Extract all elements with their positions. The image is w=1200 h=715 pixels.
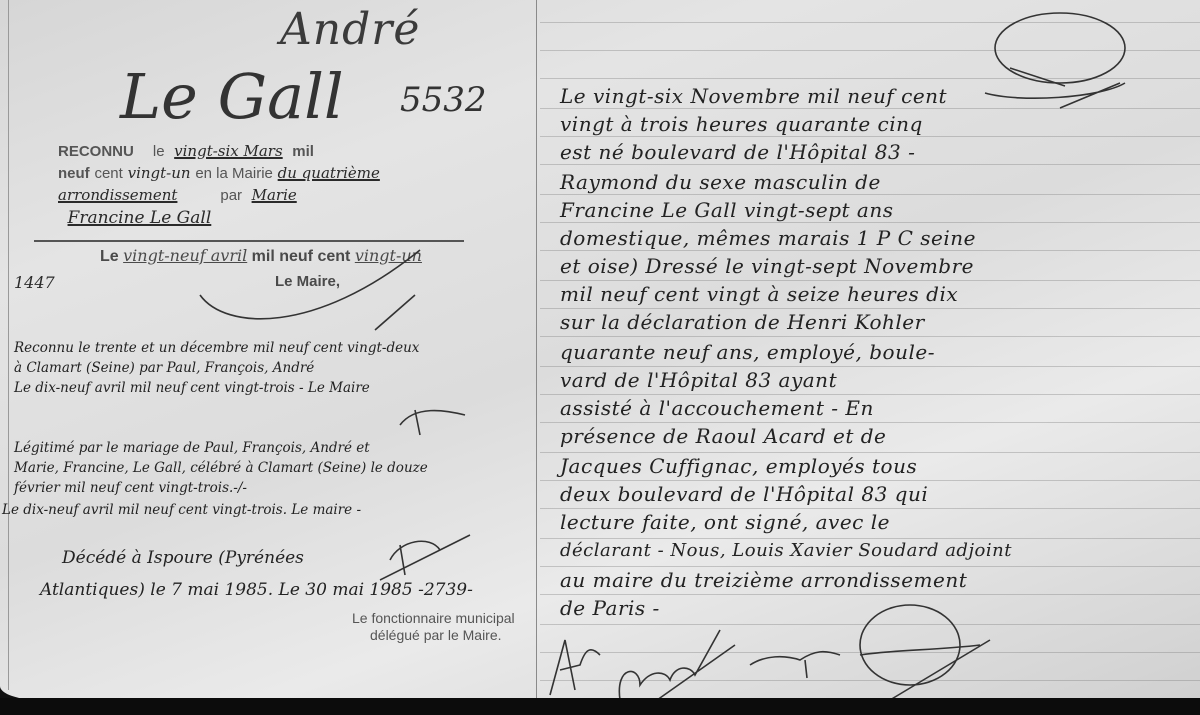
ruled-line <box>540 250 1200 251</box>
signature-cuffignac-icon <box>745 640 845 680</box>
register-page: André Le Gall 5532 RECONNU le vingt-six … <box>0 0 1200 700</box>
mayor-signature-icon <box>195 290 435 340</box>
ruled-line <box>540 594 1200 595</box>
ruled-line <box>540 394 1200 395</box>
legitimation-note-line: Le dix-neuf avril mil neuf cent vingt-tr… <box>2 502 361 518</box>
ruled-line <box>540 222 1200 223</box>
recognition-date-stamp: Le vingt-neuf avril mil neuf cent vingt-… <box>100 246 422 266</box>
act-line: est né boulevard de l'Hôpital 83 - <box>560 140 915 164</box>
margin-number: 1447 <box>14 273 55 292</box>
register-number: 5532 <box>400 80 487 120</box>
signature-acard-icon <box>610 625 740 705</box>
mayor-signature-icon <box>395 405 475 435</box>
act-line: lecture faite, ont signé, avec le <box>560 510 890 534</box>
legitimation-note-line: février mil neuf cent vingt-trois.-/- <box>14 480 247 496</box>
ruled-line <box>540 452 1200 453</box>
act-line: deux boulevard de l'Hôpital 83 qui <box>560 482 928 506</box>
recognition-line: neuf cent vingt-un en la Mairie du quatr… <box>58 164 478 186</box>
act-line: et oise) Dressé le vingt-sept Novembre <box>560 254 974 278</box>
maire-title-stamp: Le Maire, <box>275 273 340 290</box>
act-line: assisté à l'accouchement - En <box>560 396 874 420</box>
official-stamp-line: délégué par le Maire. <box>370 627 502 643</box>
ruled-line <box>540 336 1200 337</box>
act-line: déclarant - Nous, Louis Xavier Soudard a… <box>560 540 1012 561</box>
official-signature-icon <box>370 530 480 590</box>
recognition-note-line: à Clamart (Seine) par Paul, François, An… <box>14 360 314 376</box>
ruled-line <box>540 538 1200 539</box>
act-line: Le vingt-six Novembre mil neuf cent <box>560 84 947 108</box>
signature-kohler-icon <box>545 630 605 700</box>
act-line: quarante neuf ans, employé, boule- <box>560 340 935 364</box>
act-line: au maire du treizième arrondissement <box>560 568 967 592</box>
signature-soudard-icon <box>850 600 1000 705</box>
ruled-line <box>540 308 1200 309</box>
ruled-line <box>540 480 1200 481</box>
scan-edge-shadow <box>0 698 1200 715</box>
ruled-line <box>540 422 1200 423</box>
ruled-line <box>540 164 1200 165</box>
officer-paraph-icon <box>980 8 1140 118</box>
ruled-line <box>540 508 1200 509</box>
recognition-line: RECONNU le vingt-six Mars mil <box>58 142 478 164</box>
act-line: Jacques Cuffignac, employés tous <box>560 454 917 478</box>
death-note-line: Décédé à Ispoure (Pyrénées <box>62 548 304 568</box>
ruled-line <box>540 136 1200 137</box>
first-name: André <box>280 4 420 55</box>
act-line: vingt à trois heures quarante cinq <box>560 112 923 136</box>
recognition-line: Francine Le Gall <box>58 208 478 230</box>
recognition-note-line: Le dix-neuf avril mil neuf cent vingt-tr… <box>14 380 370 396</box>
separator-line <box>34 240 464 242</box>
recognition-note-line: Reconnu le trente et un décembre mil neu… <box>14 340 419 356</box>
recognition-stamp-block: RECONNU le vingt-six Mars mil neuf cent … <box>58 142 478 230</box>
last-name: Le Gall <box>120 60 344 133</box>
act-line: domestique, mêmes marais 1 P C seine <box>560 226 976 250</box>
ruled-line <box>540 280 1200 281</box>
act-line: Raymond du sexe masculin de <box>560 170 881 194</box>
legitimation-note-line: Légitimé par le mariage de Paul, Françoi… <box>14 440 370 456</box>
act-line: vard de l'Hôpital 83 ayant <box>560 368 837 392</box>
ruled-line <box>540 566 1200 567</box>
act-line: sur la déclaration de Henri Kohler <box>560 310 925 334</box>
act-line: Francine Le Gall vingt-sept ans <box>560 198 893 222</box>
legitimation-note-line: Marie, Francine, Le Gall, célébré à Clam… <box>14 460 428 476</box>
column-divider <box>536 0 537 700</box>
official-stamp-line: Le fonctionnaire municipal <box>352 610 515 626</box>
act-line: présence de Raoul Acard et de <box>560 424 886 448</box>
page-left-border <box>8 0 9 690</box>
act-line: de Paris - <box>560 596 660 620</box>
ruled-line <box>540 194 1200 195</box>
recognition-line: arrondissement par Marie <box>58 186 478 208</box>
act-line: mil neuf cent vingt à seize heures dix <box>560 282 958 306</box>
ruled-line <box>540 366 1200 367</box>
